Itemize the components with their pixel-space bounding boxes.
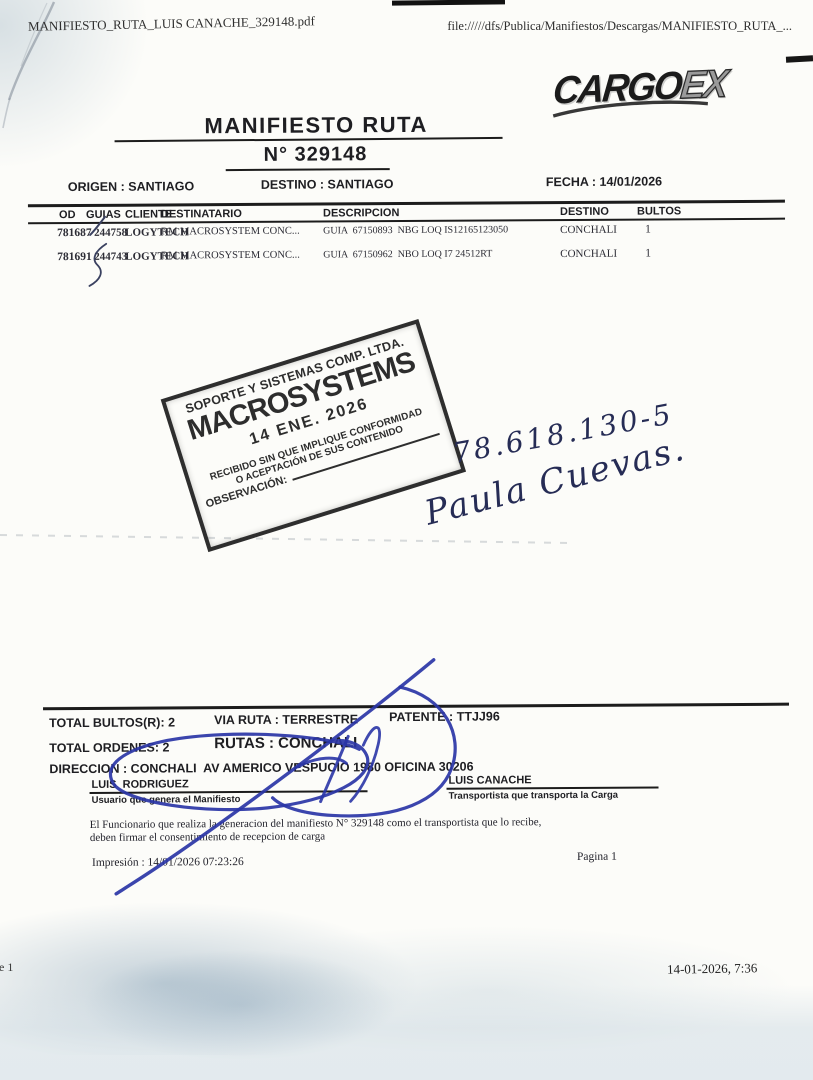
scanned-manifest-page: MANIFIESTO_RUTA_LUIS CANACHE_329148.pdf … [0, 0, 813, 1080]
footer-page-count: de 1 [0, 960, 13, 975]
pen-signature-overlay [0, 0, 813, 1080]
document-body: CARGOEX MANIFIESTO RUTA N° 329148 ORIGEN… [0, 0, 813, 1080]
footer-datetime: 14-01-2026, 7:36 [667, 960, 758, 978]
